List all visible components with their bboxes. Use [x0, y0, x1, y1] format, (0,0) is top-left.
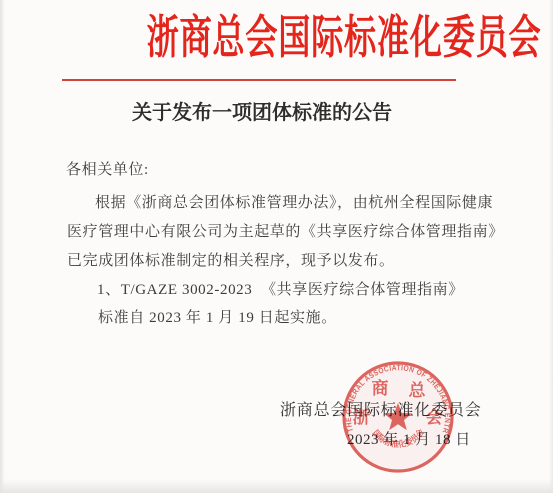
scan-right-edge [549, 0, 553, 493]
official-seal: THE GENERAL ASSOCIATION OF ZHEJIANG ENTR… [333, 354, 463, 484]
seal-char: 浙 [353, 407, 370, 427]
seal-char: 总 [409, 380, 427, 400]
document-page: 浙商总会国际标准化委员会 关于发布一项团体标准的公告 各相关单位: 根据《浙商总… [0, 0, 553, 493]
body-line: 医疗管理中心有限公司为主起草的《共享医疗综合体管理指南》 [67, 223, 504, 241]
letterhead-rule [62, 79, 456, 81]
document-subtitle: 关于发布一项团体标准的公告 [62, 96, 462, 125]
seal-char: 商 [372, 378, 389, 398]
body-line: 标准自 2023 年 1 月 19 日起实施。 [98, 309, 337, 327]
letterhead-title: 浙商总会国际标准化委员会 [147, 14, 542, 62]
letterhead: 浙商总会国际标准化委员会 [62, 14, 457, 62]
body-line: 1、T/GAZE 3002-2023 《共享医疗综合体管理指南》 [97, 281, 464, 299]
seal-char: 会 [426, 407, 443, 427]
body-line: 根据《浙商总会团体标准管理办法》，由杭州全程国际健康 [95, 194, 493, 212]
scan-bottom-edge [0, 479, 553, 493]
body-line: 已完成团体标准制定的相关程序，现予以发布。 [67, 252, 395, 270]
salutation: 各相关单位: [66, 161, 149, 179]
scan-left-edge [0, 0, 5, 493]
